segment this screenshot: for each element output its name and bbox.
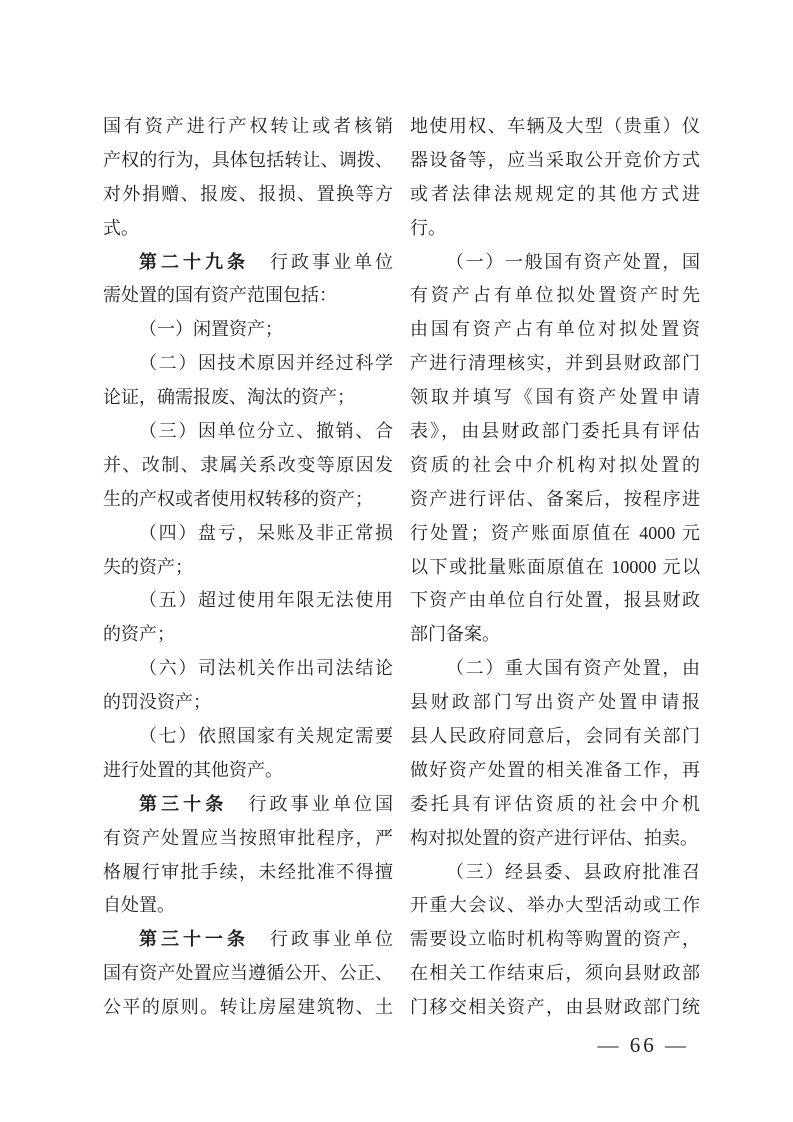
- text-segment: 有资产占有单位拟处置资产时先: [410, 285, 700, 305]
- text-line: 器设备等，应当采取公开竞价方式: [410, 144, 700, 178]
- text-segment: 表》，由县财政部门委托具有评估: [410, 421, 700, 441]
- text-segment: 做好资产处置的相关准备工作，再: [410, 760, 700, 780]
- text-line: （一）一般国有资产处置，国: [410, 246, 700, 280]
- text-segment: 县财政部门写出资产处置申请报: [410, 692, 700, 712]
- text-segment: 国有资产处置应当遵循公开、公正、: [103, 963, 393, 983]
- document-page: 国有资产进行产权转让或者核销产权的行为，具体包括转让、调拨、对外捐赠、报废、报损…: [0, 0, 793, 1122]
- column-left: 国有资产进行产权转让或者核销产权的行为，具体包括转让、调拨、对外捐赠、报废、报损…: [103, 110, 393, 1025]
- text-segment: （一）一般国有资产处置，国: [446, 252, 700, 272]
- text-segment: 生的产权或者使用权转移的资产；: [103, 489, 373, 509]
- text-segment: 行政事业单位国: [227, 794, 393, 814]
- text-line: 对外捐赠、报废、报损、置换等方: [103, 178, 393, 212]
- text-line: 进行处置的其他资产。: [103, 754, 393, 788]
- text-line: 需处置的国有资产范围包括：: [103, 279, 393, 313]
- text-line: （七）依照国家有关规定需要: [103, 720, 393, 754]
- text-segment: 行政事业单位: [249, 252, 393, 272]
- text-line: 第三十一条 行政事业单位: [103, 923, 393, 957]
- text-line: （六）司法机关作出司法结论: [103, 652, 393, 686]
- text-line: 的罚没资产；: [103, 686, 393, 720]
- text-segment: （三）经县委、县政府批准召: [446, 862, 700, 882]
- text-line: 国有资产进行产权转让或者核销: [103, 110, 393, 144]
- text-line: 国有资产处置应当遵循公开、公正、: [103, 957, 393, 991]
- text-line: 门移交相关资产，由县财政部门统: [410, 991, 700, 1025]
- text-line: 下资产由单位自行处置，报县财政: [410, 584, 700, 618]
- text-segment: 开重大会议、举办大型活动或工作: [410, 895, 700, 915]
- text-line: （三）经县委、县政府批准召: [410, 856, 700, 890]
- text-segment: 行。: [410, 218, 446, 238]
- text-line: 公平的原则。转让房屋建筑物、土: [103, 991, 393, 1025]
- text-line: 地使用权、车辆及大型（贵重）仪: [410, 110, 700, 144]
- text-segment: （二）重大国有资产处置，由: [446, 658, 700, 678]
- text-line: 委托具有评估资质的社会中介机: [410, 788, 700, 822]
- text-segment: （一）闲置资产；: [139, 319, 283, 339]
- text-segment: 由国有资产占有单位对拟处置资: [410, 319, 700, 339]
- text-line: （三）因单位分立、撤销、合: [103, 415, 393, 449]
- text-line: （五）超过使用年限无法使用: [103, 584, 393, 618]
- text-line: 第二十九条 行政事业单位: [103, 246, 393, 280]
- text-segment: 论证，确需报废、淘汰的资产；: [103, 387, 355, 407]
- page-number: — 66 —: [598, 1033, 690, 1058]
- text-line: 并、改制、隶属关系改变等原因发: [103, 449, 393, 483]
- text-segment: 下资产由单位自行处置，报县财政: [410, 590, 700, 610]
- text-segment: （五）超过使用年限无法使用: [139, 590, 393, 610]
- text-segment: 部门备案。: [410, 624, 500, 644]
- text-segment: 门移交相关资产，由县财政部门统: [410, 997, 700, 1017]
- text-segment: 构对拟处置的资产进行评估、拍卖。: [410, 828, 698, 848]
- text-segment: 的罚没资产；: [103, 692, 211, 712]
- article-number-heading: 第三十一条: [139, 929, 249, 949]
- text-segment: 或者法律法规规定的其他方式进: [410, 184, 700, 204]
- text-segment: 资质的社会中介机构对拟处置的: [410, 455, 700, 475]
- text-line: 论证，确需报废、淘汰的资产；: [103, 381, 393, 415]
- text-segment: 领取并填写《国有资产处置申请: [410, 387, 700, 407]
- text-segment: （四）盘亏，呆账及非正常损: [139, 523, 393, 543]
- text-line: 生的产权或者使用权转移的资产；: [103, 483, 393, 517]
- text-line: 需要设立临时机构等购置的资产，: [410, 923, 700, 957]
- column-right: 地使用权、车辆及大型（贵重）仪器设备等，应当采取公开竞价方式或者法律法规规定的其…: [410, 110, 700, 1025]
- text-line: 构对拟处置的资产进行评估、拍卖。: [410, 822, 700, 856]
- text-segment: 进行处置的其他资产。: [103, 760, 283, 780]
- text-segment: 的资产；: [103, 624, 175, 644]
- text-line: 有资产占有单位拟处置资产时先: [410, 279, 700, 313]
- text-line: 开重大会议、举办大型活动或工作: [410, 889, 700, 923]
- text-line: 或者法律法规规定的其他方式进: [410, 178, 700, 212]
- text-line: （二）重大国有资产处置，由: [410, 652, 700, 686]
- text-line: 在相关工作结束后，须向县财政部: [410, 957, 700, 991]
- text-segment: 公平的原则。转让房屋建筑物、土: [103, 997, 393, 1017]
- text-line: 资质的社会中介机构对拟处置的: [410, 449, 700, 483]
- text-segment: 县人民政府同意后，会同有关部门: [410, 726, 700, 746]
- text-segment: 自处置。: [103, 895, 175, 915]
- text-line: 的资产；: [103, 618, 393, 652]
- text-segment: 产进行清理核实，并到县财政部门: [410, 353, 700, 373]
- text-segment: 行处置；资产账面原值在 4000 元: [410, 523, 700, 543]
- text-line: 自处置。: [103, 889, 393, 923]
- text-line: 以下或批量账面原值在 10000 元以: [410, 551, 700, 585]
- text-line: 行处置；资产账面原值在 4000 元: [410, 517, 700, 551]
- text-segment: 在相关工作结束后，须向县财政部: [410, 963, 700, 983]
- text-line: 由国有资产占有单位对拟处置资: [410, 313, 700, 347]
- text-line: 部门备案。: [410, 618, 700, 652]
- text-line: 失的资产；: [103, 551, 393, 585]
- text-segment: 有资产处置应当按照审批程序，严: [103, 828, 393, 848]
- text-segment: 格履行审批手续，未经批准不得擅: [103, 862, 393, 882]
- article-number-heading: 第三十条: [139, 794, 227, 814]
- text-segment: 并、改制、隶属关系改变等原因发: [103, 455, 393, 475]
- text-segment: 式。: [103, 218, 139, 238]
- text-segment: 以下或批量账面原值在 10000 元以: [410, 557, 700, 577]
- text-segment: （七）依照国家有关规定需要: [139, 726, 393, 746]
- text-segment: （三）因单位分立、撤销、合: [139, 421, 393, 441]
- text-segment: 器设备等，应当采取公开竞价方式: [410, 150, 700, 170]
- text-columns: 国有资产进行产权转让或者核销产权的行为，具体包括转让、调拨、对外捐赠、报废、报损…: [103, 110, 700, 1025]
- text-line: 做好资产处置的相关准备工作，再: [410, 754, 700, 788]
- text-segment: 需处置的国有资产范围包括：: [103, 285, 337, 305]
- text-line: （二）因技术原因并经过科学: [103, 347, 393, 381]
- text-segment: （六）司法机关作出司法结论: [139, 658, 393, 678]
- text-segment: 国有资产进行产权转让或者核销: [103, 116, 393, 136]
- text-line: 表》，由县财政部门委托具有评估: [410, 415, 700, 449]
- text-line: 产进行清理核实，并到县财政部门: [410, 347, 700, 381]
- text-segment: 委托具有评估资质的社会中介机: [410, 794, 700, 814]
- text-line: 产权的行为，具体包括转让、调拨、: [103, 144, 393, 178]
- text-segment: 资产进行评估、备案后，按程序进: [410, 489, 700, 509]
- text-line: 资产进行评估、备案后，按程序进: [410, 483, 700, 517]
- text-segment: 失的资产；: [103, 557, 193, 577]
- text-line: 县财政部门写出资产处置申请报: [410, 686, 700, 720]
- text-line: （四）盘亏，呆账及非正常损: [103, 517, 393, 551]
- text-segment: 对外捐赠、报废、报损、置换等方: [103, 184, 393, 204]
- text-line: 行。: [410, 212, 700, 246]
- text-line: 有资产处置应当按照审批程序，严: [103, 822, 393, 856]
- text-segment: （二）因技术原因并经过科学: [139, 353, 393, 373]
- text-line: 式。: [103, 212, 393, 246]
- text-line: 领取并填写《国有资产处置申请: [410, 381, 700, 415]
- text-line: 县人民政府同意后，会同有关部门: [410, 720, 700, 754]
- text-segment: 产权的行为，具体包括转让、调拨、: [103, 150, 393, 170]
- text-segment: 行政事业单位: [249, 929, 393, 949]
- text-segment: 需要设立临时机构等购置的资产，: [410, 929, 700, 949]
- article-number-heading: 第二十九条: [139, 252, 249, 272]
- text-line: 格履行审批手续，未经批准不得擅: [103, 856, 393, 890]
- text-segment: 地使用权、车辆及大型（贵重）仪: [410, 116, 700, 136]
- text-line: 第三十条 行政事业单位国: [103, 788, 393, 822]
- text-line: （一）闲置资产；: [103, 313, 393, 347]
